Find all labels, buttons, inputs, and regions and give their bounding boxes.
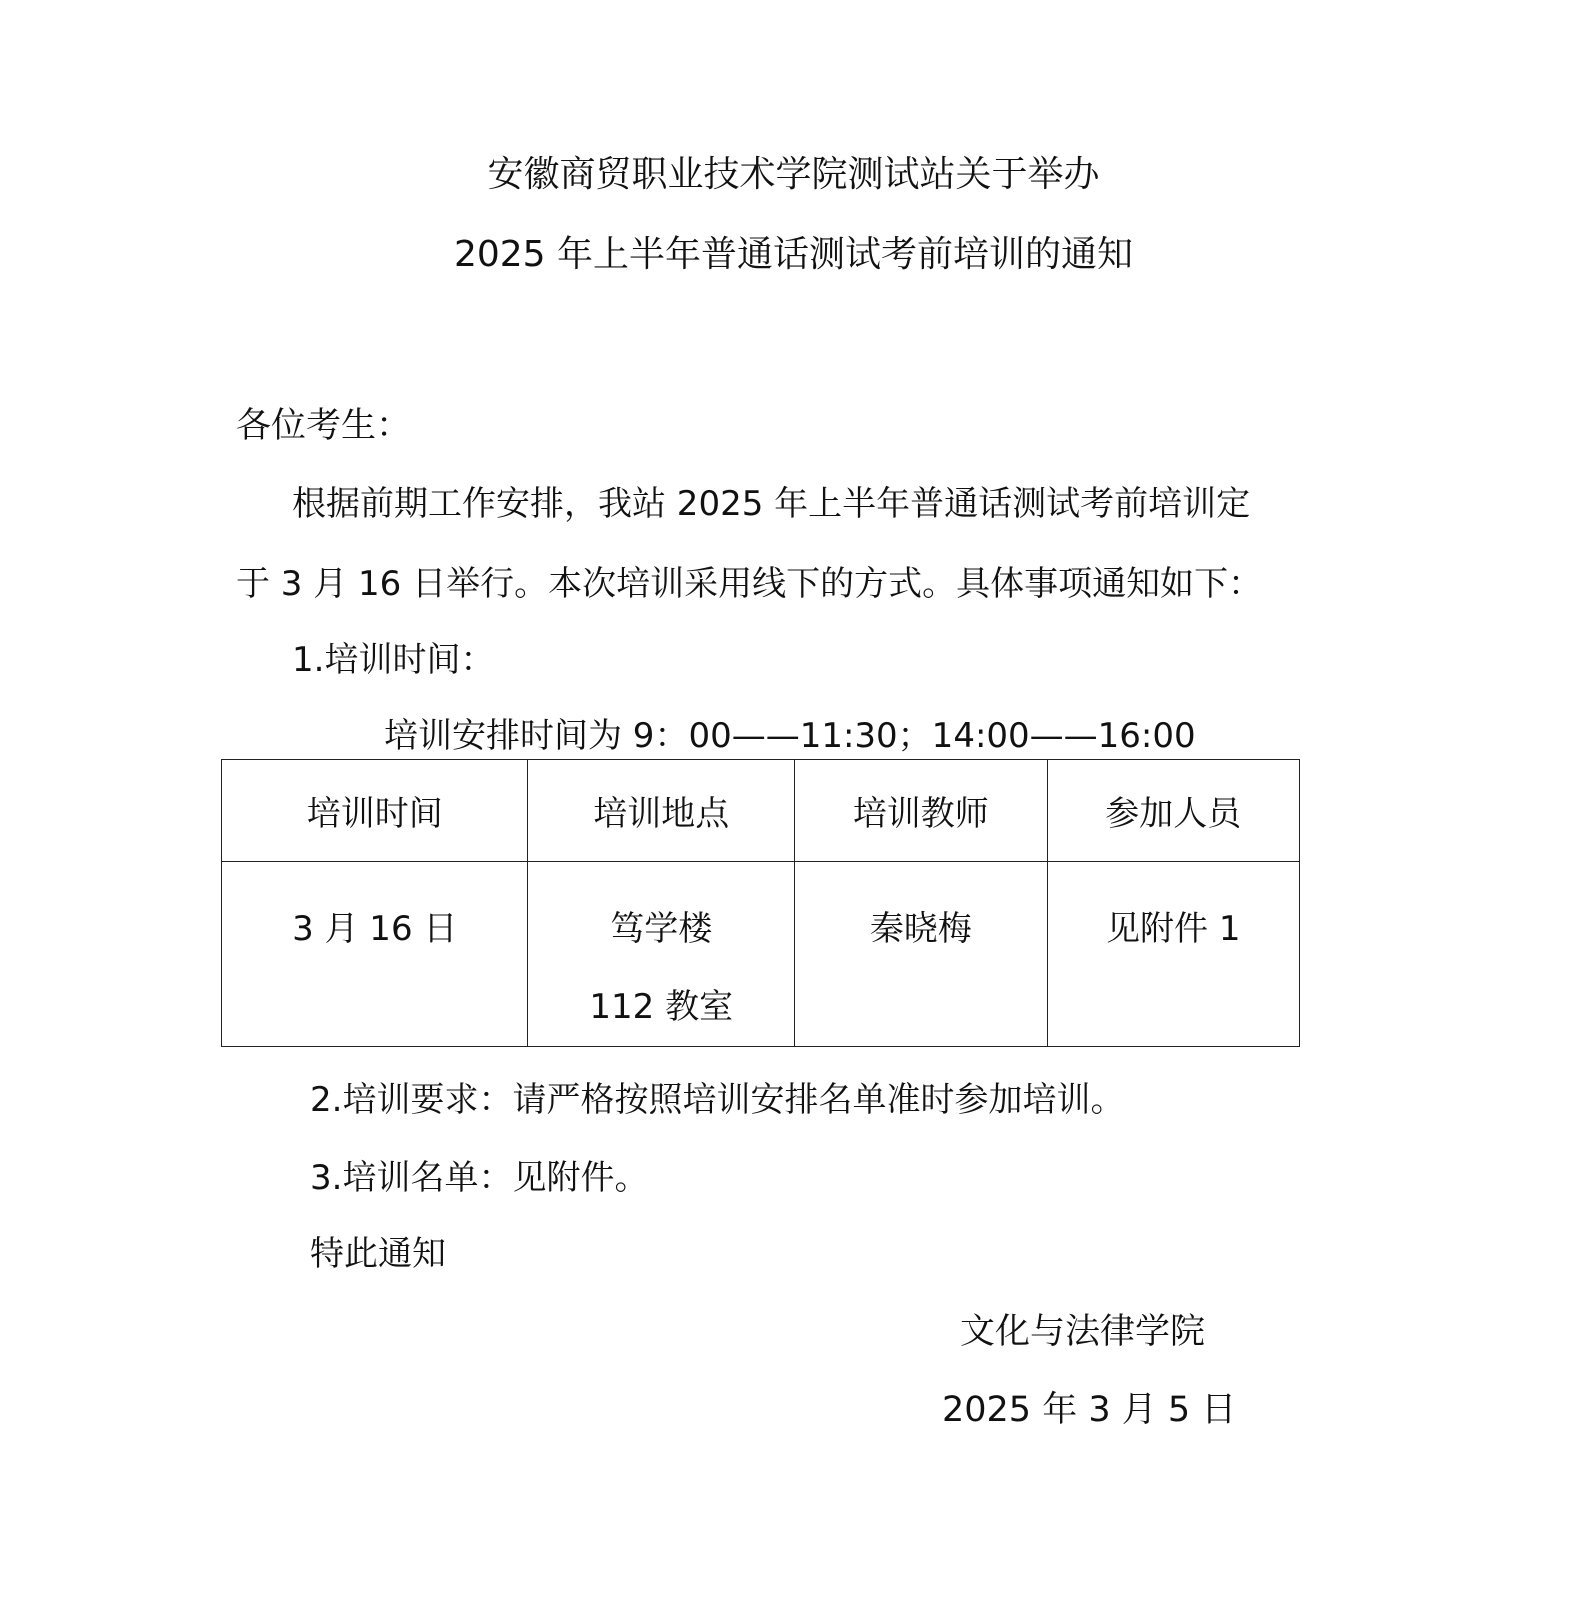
paragraph-1-line-2: 于 3 月 16 日举行。本次培训采用线下的方式。具体事项通知如下： bbox=[236, 556, 1262, 605]
cell-participants: 见附件 1 bbox=[1047, 862, 1299, 1047]
cell-teacher: 秦晓梅 bbox=[795, 862, 1047, 1047]
cell-location: 笃学楼 112 教室 bbox=[528, 862, 795, 1047]
training-schedule-table: 培训时间 培训地点 培训教师 参加人员 3 月 16 日 笃学楼 112 教室 … bbox=[221, 759, 1300, 1047]
item-1-heading: 1.培训时间： bbox=[292, 632, 494, 681]
table-header-row: 培训时间 培训地点 培训教师 参加人员 bbox=[222, 760, 1300, 862]
signature-date: 2025 年 3 月 5 日 bbox=[942, 1382, 1236, 1432]
location-room: 112 教室 bbox=[528, 968, 794, 1046]
signature-organization: 文化与法律学院 bbox=[960, 1304, 1205, 1354]
item-3-list: 3.培训名单：见附件。 bbox=[310, 1150, 648, 1199]
time-arrangement: 培训安排时间为 9：00——11:30；14:00——16:00 bbox=[384, 708, 1196, 757]
document-title-line-2: 2025 年上半年普通话测试考前培训的通知 bbox=[0, 226, 1587, 277]
cell-date: 3 月 16 日 bbox=[222, 862, 528, 1047]
salutation: 各位考生： bbox=[236, 398, 411, 448]
header-training-teacher: 培训教师 bbox=[795, 760, 1047, 862]
location-building: 笃学楼 bbox=[528, 890, 794, 968]
header-participants: 参加人员 bbox=[1047, 760, 1299, 862]
table-row: 3 月 16 日 笃学楼 112 教室 秦晓梅 见附件 1 bbox=[222, 862, 1300, 1047]
closing-phrase: 特此通知 bbox=[310, 1226, 446, 1275]
paragraph-1-line-1: 根据前期工作安排，我站 2025 年上半年普通话测试考前培训定 bbox=[292, 476, 1250, 525]
item-2-requirements: 2.培训要求：请严格按照培训安排名单准时参加培训。 bbox=[310, 1072, 1124, 1121]
header-training-time: 培训时间 bbox=[222, 760, 528, 862]
document-title-line-1: 安徽商贸职业技术学院测试站关于举办 bbox=[0, 146, 1587, 197]
header-training-location: 培训地点 bbox=[528, 760, 795, 862]
